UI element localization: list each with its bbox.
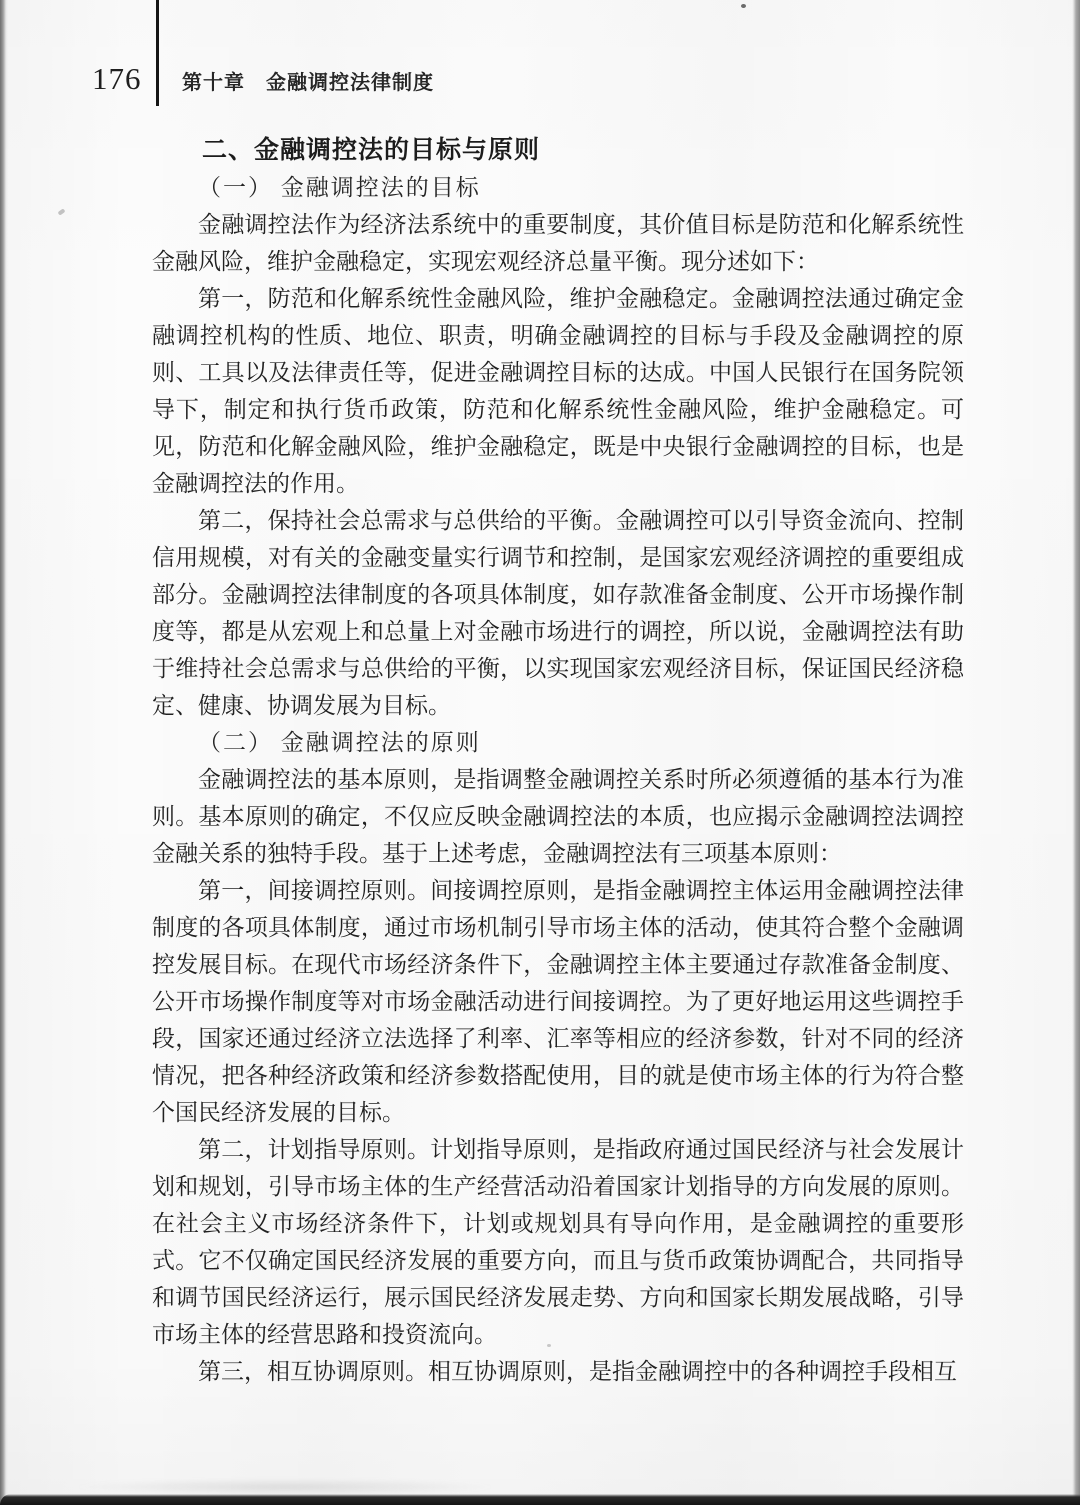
page-number: 176 bbox=[92, 62, 142, 96]
scan-edge-left bbox=[0, 0, 8, 1505]
chapter-running-title: 第十章 金融调控法律制度 bbox=[182, 71, 434, 95]
paragraph: 第二，计划指导原则。计划指导原则，是指政府通过国民经济与社会发展计划和规划，引导… bbox=[152, 1131, 964, 1353]
paragraph: 金融调控法作为经济法系统中的重要制度，其价值目标是防范和化解系统性金融风险，维护… bbox=[152, 206, 964, 280]
paragraph: 第一，间接调控原则。间接调控原则，是指金融调控主体运用金融调控法律制度的各项具体… bbox=[152, 872, 964, 1131]
scan-edge-bottom bbox=[0, 1494, 1080, 1505]
page-body: 二、金融调控法的目标与原则 （一） 金融调控法的目标 金融调控法作为经济法系统中… bbox=[152, 132, 964, 1390]
subsection-heading-2: （二） 金融调控法的原则 bbox=[152, 724, 964, 761]
paragraph: 金融调控法的基本原则，是指调整金融调控关系时所必须遵循的基本行为准则。基本原则的… bbox=[152, 761, 964, 872]
section-heading: 二、金融调控法的目标与原则 bbox=[152, 132, 964, 169]
paragraph: 第二，保持社会总需求与总供给的平衡。金融调控可以引导资金流向、控制信用规模，对有… bbox=[152, 502, 964, 724]
paragraph: 第一，防范和化解系统性金融风险，维护金融稳定。金融调控法通过确定金融调控机构的性… bbox=[152, 280, 964, 502]
paragraph: 第三，相互协调原则。相互协调原则，是指金融调控中的各种调控手段相互 bbox=[152, 1353, 964, 1390]
scan-speck bbox=[741, 4, 746, 8]
scan-smudge bbox=[70, 1479, 500, 1495]
scan-edge-right bbox=[1072, 0, 1080, 1505]
scan-speck bbox=[57, 208, 65, 215]
header-divider-rule bbox=[156, 0, 159, 106]
scanned-book-page: 176 第十章 金融调控法律制度 二、金融调控法的目标与原则 （一） 金融调控法… bbox=[0, 0, 1080, 1505]
subsection-heading-1: （一） 金融调控法的目标 bbox=[152, 169, 964, 206]
